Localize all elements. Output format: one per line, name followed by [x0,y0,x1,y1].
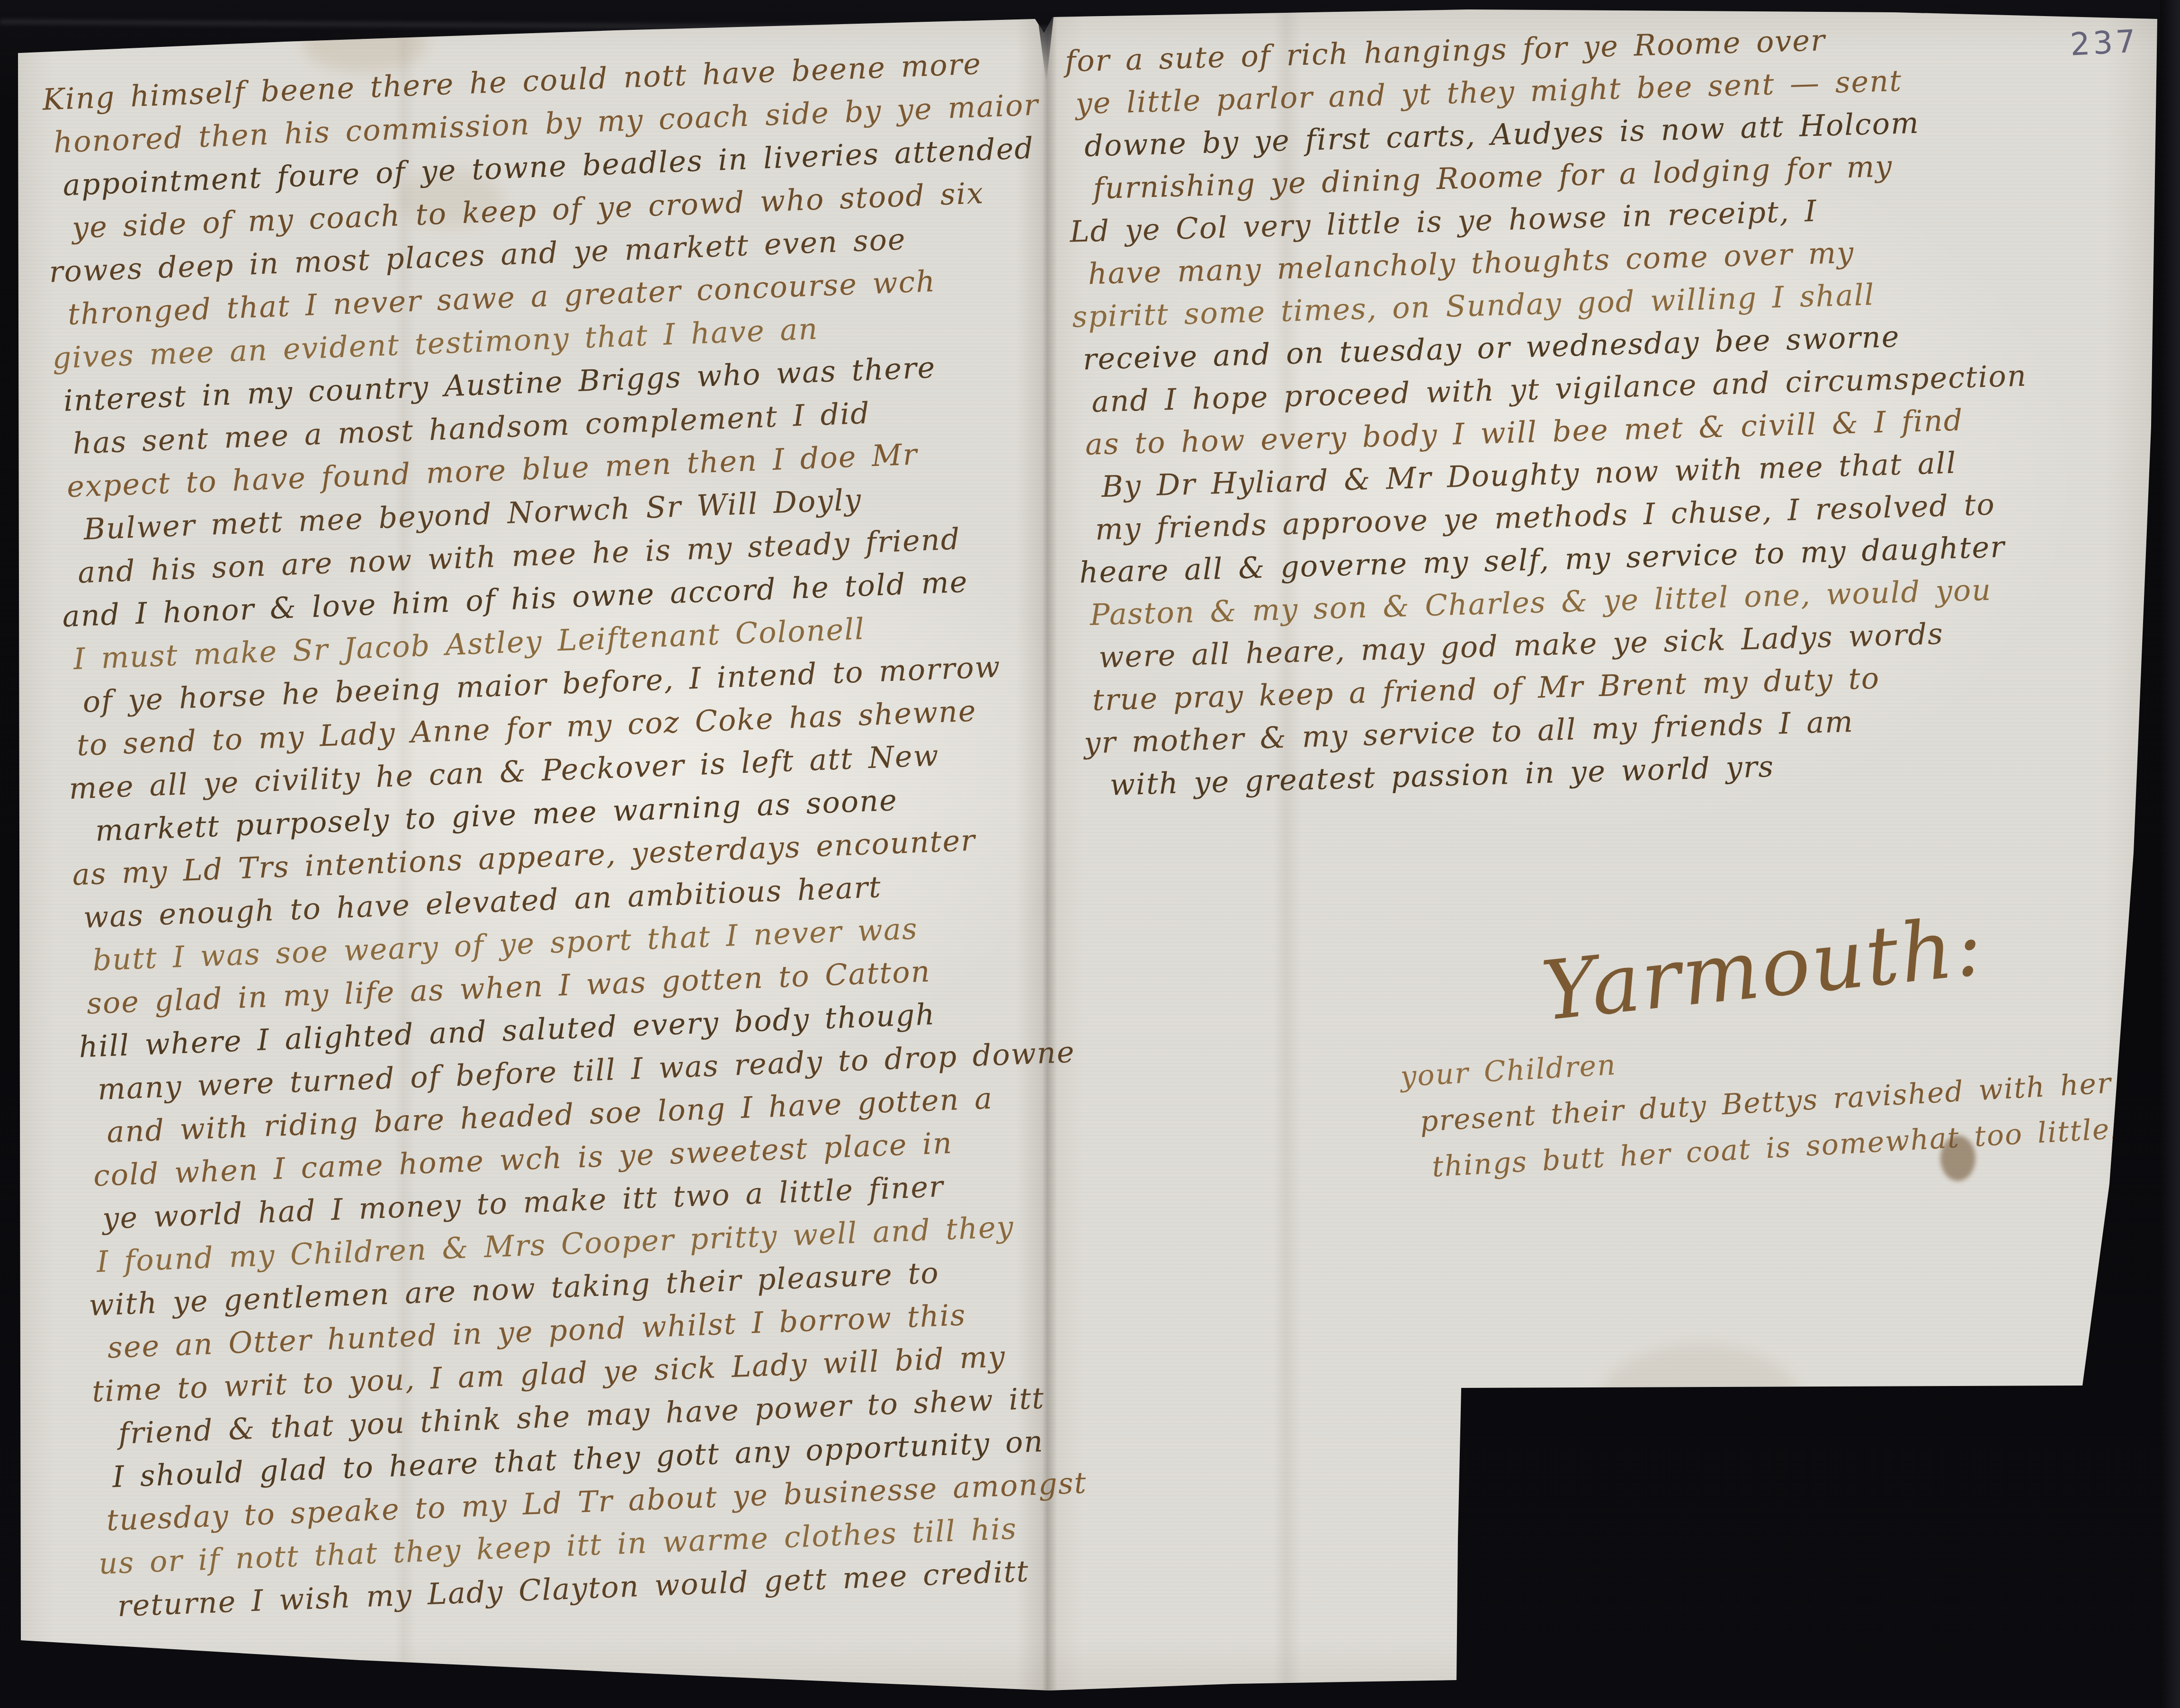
right-page-text: for a sute of rich hangings for ye Roome… [1064,10,2174,807]
background-board-edge [2160,0,2180,1708]
paper-stain [1600,1345,1799,1458]
left-page-text: King himself beene there he could nott h… [42,40,1102,1628]
photograph-background: King himself beene there he could nott h… [0,0,2180,1708]
signature-yarmouth: Yarmouth: [1537,898,1988,1039]
ink-blot [1940,1136,1975,1181]
folio-number: 237 [2069,23,2139,63]
letter-paper: King himself beene there he could nott h… [0,0,2180,1708]
postscript: your Childrenpresent their duty Bettys r… [1385,1015,2102,1192]
